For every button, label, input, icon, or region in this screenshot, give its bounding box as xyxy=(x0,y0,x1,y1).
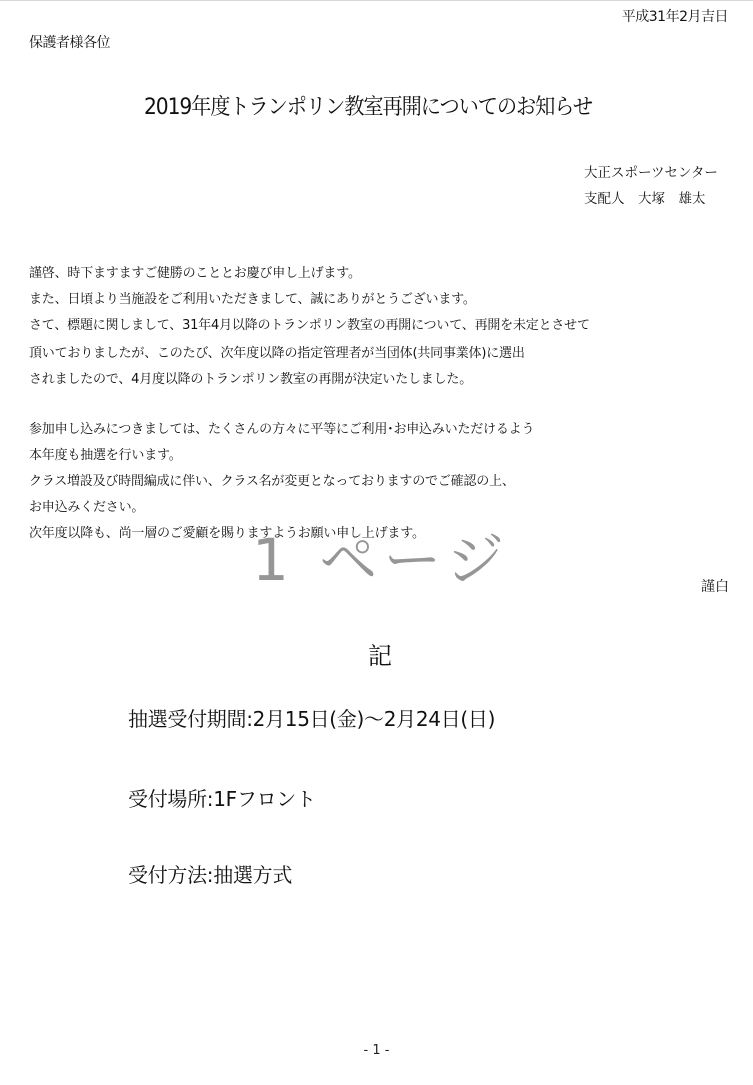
paragraph-line: されましたので、4月度以降のトランポリン教室の再開が決定いたしました。 xyxy=(29,367,590,393)
lottery-period: 抽選受付期間:2月15日(金)～2月24日(日) xyxy=(128,703,495,732)
greeting-paragraph: 謹啓、時下ますますご健勝のこととお慶び申し上げます。 また、日頃より当施設をご利… xyxy=(29,261,590,393)
closing-phrase: 謹白 xyxy=(701,576,729,596)
paragraph-line: クラス増設及び時間編成に伴い、クラス名が変更となっておりますのでご確認の上、 xyxy=(29,469,534,495)
document-title: 2019年度トランポリン教室再開についてのお知らせ xyxy=(0,90,736,121)
document-date: 平成31年2月吉日 xyxy=(622,6,728,26)
page-watermark: 1 ページ xyxy=(252,525,510,595)
reception-place: 受付場所:1Fフロント xyxy=(128,783,316,812)
addressee: 保護者様各位 xyxy=(29,32,110,52)
paragraph-line: 謹啓、時下ますますご健勝のこととお慶び申し上げます。 xyxy=(29,261,590,287)
paragraph-line: 本年度も抽選を行います。 xyxy=(29,443,534,469)
paragraph-line: さて、標題に関しまして、31年4月以降のトランポリン教室の再開について、再開を未… xyxy=(29,313,590,339)
sender-name: 支配人 大塚 雄太 xyxy=(584,186,718,212)
ki-heading: 記 xyxy=(368,636,392,671)
page-number-footer: - 1 - xyxy=(0,1043,753,1058)
paragraph-line: お申込みください。 xyxy=(29,495,534,521)
paragraph-line: また、日頃より当施設をご利用いただきまして、誠にありがとうございます。 xyxy=(29,287,590,313)
reception-method: 受付方法:抽選方式 xyxy=(128,859,292,888)
sender-block: 大正スポーツセンター 支配人 大塚 雄太 xyxy=(584,160,718,212)
paragraph-line: 頂いておりましたが、このたび、次年度以降の指定管理者が当団体(共同事業体)に選出 xyxy=(29,341,590,367)
paragraph-line: 参加申し込みにつきましては、たくさんの方々に平等にご利用･お申込みいただけるよう xyxy=(29,417,534,443)
page-top-border xyxy=(0,0,753,1)
sender-organization: 大正スポーツセンター xyxy=(584,160,718,186)
